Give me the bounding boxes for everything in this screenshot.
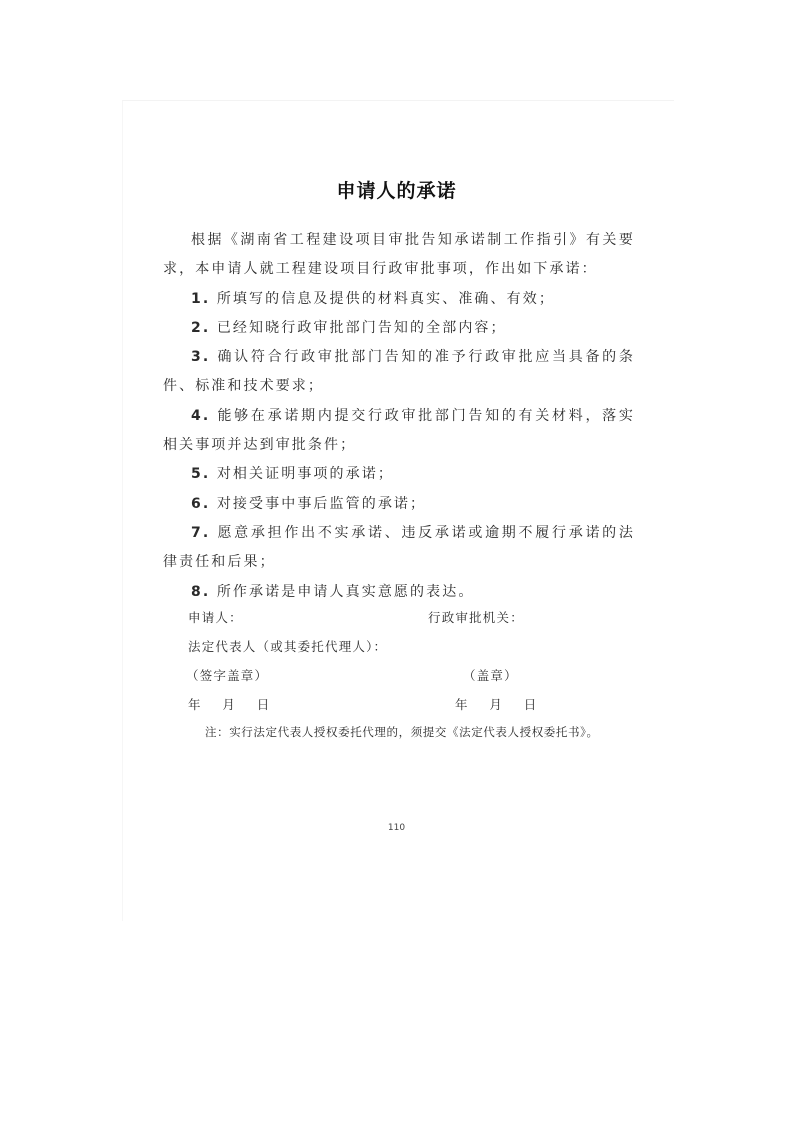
- item-text: 对接受事中事后监管的承诺；: [217, 496, 426, 512]
- document-title: 申请人的承诺: [0, 176, 793, 203]
- item-number: 7.: [191, 525, 210, 541]
- item-text: 对相关证明事项的承诺；: [217, 466, 394, 482]
- applicant-seal-label: （签字盖章）: [186, 666, 268, 684]
- authority-date: 年 月 日: [455, 695, 538, 713]
- item-number: 2.: [191, 320, 210, 336]
- commitment-item: 5. 对相关证明事项的承诺；: [163, 460, 635, 489]
- applicant-date: 年 月 日: [188, 695, 271, 713]
- item-text: 已经知晓行政审批部门告知的全部内容；: [217, 320, 507, 336]
- item-text: 所填写的信息及提供的材料真实、准确、有效；: [217, 291, 555, 307]
- footnote: 注：实行法定代表人授权委托代理的，须提交《法定代表人授权委托书》。: [205, 724, 599, 740]
- commitment-item: 7. 愿意承担作出不实承诺、违反承诺或逾期不履行承诺的法律责任和后果；: [163, 519, 635, 578]
- applicant-label: 申请人：: [188, 608, 243, 626]
- item-number: 8.: [191, 584, 210, 600]
- authority-label: 行政审批机关：: [428, 608, 524, 626]
- item-number: 1.: [191, 291, 210, 307]
- item-text: 愿意承担作出不实承诺、违反承诺或逾期不履行承诺的法律责任和后果；: [163, 525, 635, 570]
- item-text: 所作承诺是申请人真实意愿的表达。: [217, 584, 475, 600]
- commitment-item: 8. 所作承诺是申请人真实意愿的表达。: [163, 578, 635, 607]
- item-number: 3.: [191, 349, 210, 365]
- intro-paragraph: 根据《湖南省工程建设项目审批告知承诺制工作指引》有关要求，本申请人就工程建设项目…: [163, 226, 635, 285]
- item-number: 5.: [191, 466, 210, 482]
- authority-seal-label: （盖章）: [463, 666, 518, 684]
- commitment-item: 4. 能够在承诺期内提交行政审批部门告知的有关材料，落实相关事项并达到审批条件；: [163, 402, 635, 461]
- item-number: 4.: [191, 408, 210, 424]
- commitment-item: 3. 确认符合行政审批部门告知的准予行政审批应当具备的条件、标准和技术要求；: [163, 343, 635, 402]
- commitment-item: 1. 所填写的信息及提供的材料真实、准确、有效；: [163, 285, 635, 314]
- legal-rep-label: 法定代表人（或其委托代理人）：: [188, 637, 387, 655]
- document-body: 根据《湖南省工程建设项目审批告知承诺制工作指引》有关要求，本申请人就工程建设项目…: [163, 226, 635, 607]
- commitment-item: 2. 已经知晓行政审批部门告知的全部内容；: [163, 314, 635, 343]
- item-text: 确认符合行政审批部门告知的准予行政审批应当具备的条件、标准和技术要求；: [163, 349, 635, 394]
- item-text: 能够在承诺期内提交行政审批部门告知的有关材料，落实相关事项并达到审批条件；: [163, 408, 635, 453]
- page-number: 110: [0, 823, 793, 833]
- commitment-item: 6. 对接受事中事后监管的承诺；: [163, 490, 635, 519]
- item-number: 6.: [191, 496, 210, 512]
